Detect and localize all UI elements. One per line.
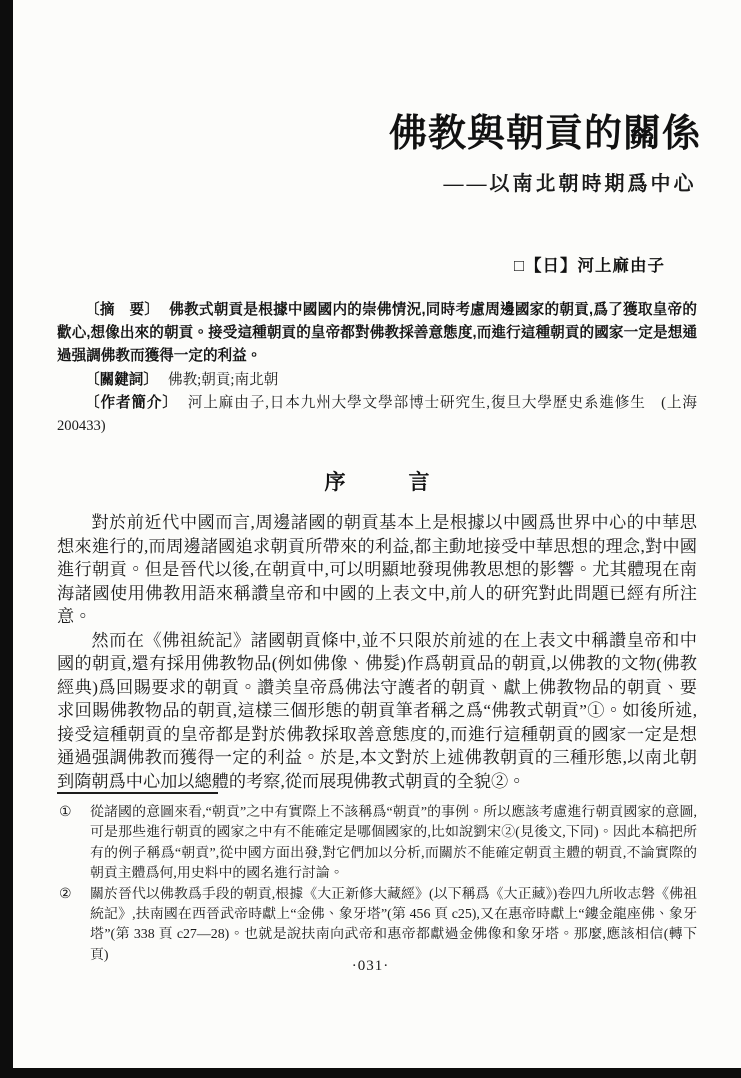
footnote-2-marker: ② [59, 885, 71, 905]
footnotes: ①從諸國的意圖來看,“朝貢”之中有實際上不該稱爲“朝貢”的事例。所以應該考慮進行… [57, 803, 697, 966]
body-paragraph-1: 對於前近代中國而言,周邊諸國的朝貢基本上是根據以中國爲世界中心的中華思想來進行的… [57, 511, 697, 629]
page-number: ·031· [0, 958, 741, 975]
footnote-2-text: 關於晉代以佛教爲手段的朝貢,根據《大正新修大藏經》(以下稱爲《大正藏》)卷四九所… [90, 887, 697, 963]
author-line: □【日】河上麻由子 [514, 252, 665, 276]
footnote-divider [57, 792, 218, 794]
abstract: 〔摘 要〕佛教式朝貢是根據中國國内的崇佛情況,同時考慮周邊國家的朝貢,爲了獲取皇… [57, 299, 697, 369]
author-bio: 〔作者簡介〕河上麻由子,日本九州大學文學部博士研究生,復旦大學歷史系進修生 (上… [57, 392, 697, 438]
keywords-label: 〔關鍵詞〕 [85, 372, 158, 388]
scan-edge-bottom [0, 1068, 741, 1078]
abstract-label: 〔摘 要〕 [85, 302, 159, 318]
footnote-1-marker: ① [59, 803, 71, 823]
article-subtitle: ——以南北朝時期爲中心 [436, 167, 704, 196]
footnote-1: ①從諸國的意圖來看,“朝貢”之中有實際上不該稱爲“朝貢”的事例。所以應該考慮進行… [57, 803, 697, 885]
section-heading-preface: 序 言 [57, 466, 697, 496]
body-paragraph-2: 然而在《佛祖統記》諸國朝貢條中,並不只限於前述的在上表文中稱讚皇帝和中國的朝貢,… [57, 629, 697, 794]
keywords-text: 佛教;朝貢;南北朝 [168, 372, 278, 388]
footnote-1-text: 從諸國的意圖來看,“朝貢”之中有實際上不該稱爲“朝貢”的事例。所以應該考慮進行朝… [90, 805, 697, 881]
footnote-2: ②關於晉代以佛教爲手段的朝貢,根據《大正新修大藏經》(以下稱爲《大正藏》)卷四九… [57, 885, 697, 967]
article-body: 對於前近代中國而言,周邊諸國的朝貢基本上是根據以中國爲世界中心的中華思想來進行的… [57, 511, 697, 793]
scan-edge-left [0, 0, 13, 1078]
article-title: 佛教與朝貢的關係 [380, 112, 710, 158]
keywords: 〔關鍵詞〕佛教;朝貢;南北朝 [57, 369, 697, 392]
scanned-paper-page: 佛教與朝貢的關係 ——以南北朝時期爲中心 □【日】河上麻由子 〔摘 要〕佛教式朝… [0, 0, 741, 1078]
article-meta: 〔摘 要〕佛教式朝貢是根據中國國内的崇佛情況,同時考慮周邊國家的朝貢,爲了獲取皇… [57, 299, 697, 438]
bio-label: 〔作者簡介〕 [85, 395, 178, 411]
